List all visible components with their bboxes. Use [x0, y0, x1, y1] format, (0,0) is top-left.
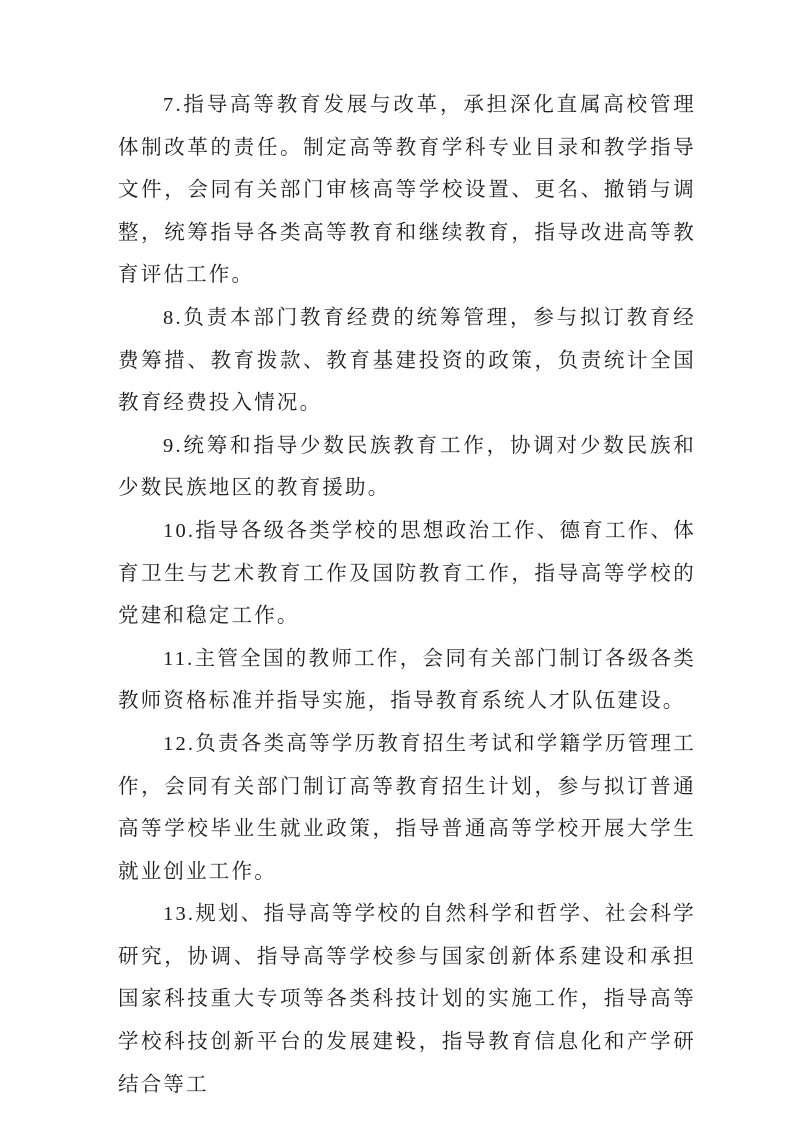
- paragraph-item-9: 9.统筹和指导少数民族教育工作，协调对少数民族和少数民族地区的教育援助。: [118, 425, 696, 510]
- document-page: 7.指导高等教育发展与改革，承担深化直属高校管理体制改革的责任。制定高等教育学科…: [0, 0, 800, 1131]
- document-body: 7.指导高等教育发展与改革，承担深化直属高校管理体制改革的责任。制定高等教育学科…: [118, 84, 696, 1106]
- paragraph-item-11: 11.主管全国的教师工作，会同有关部门制订各级各类教师资格标准并指导实施，指导教…: [118, 638, 696, 723]
- paragraph-item-10: 10.指导各级各类学校的思想政治工作、德育工作、体育卫生与艺术教育工作及国防教育…: [118, 510, 696, 638]
- paragraph-item-7: 7.指导高等教育发展与改革，承担深化直属高校管理体制改革的责任。制定高等教育学科…: [118, 84, 696, 297]
- paragraph-item-13: 13.规划、指导高等学校的自然科学和哲学、社会科学研究，协调、指导高等学校参与国…: [118, 893, 696, 1106]
- paragraph-item-8: 8.负责本部门教育经费的统筹管理，参与拟订教育经费筹措、教育拨款、教育基建投资的…: [118, 297, 696, 425]
- paragraph-item-12: 12.负责各类高等学历教育招生考试和学籍学历管理工作，会同有关部门制订高等教育招…: [118, 723, 696, 893]
- page-number: 4: [0, 1030, 800, 1047]
